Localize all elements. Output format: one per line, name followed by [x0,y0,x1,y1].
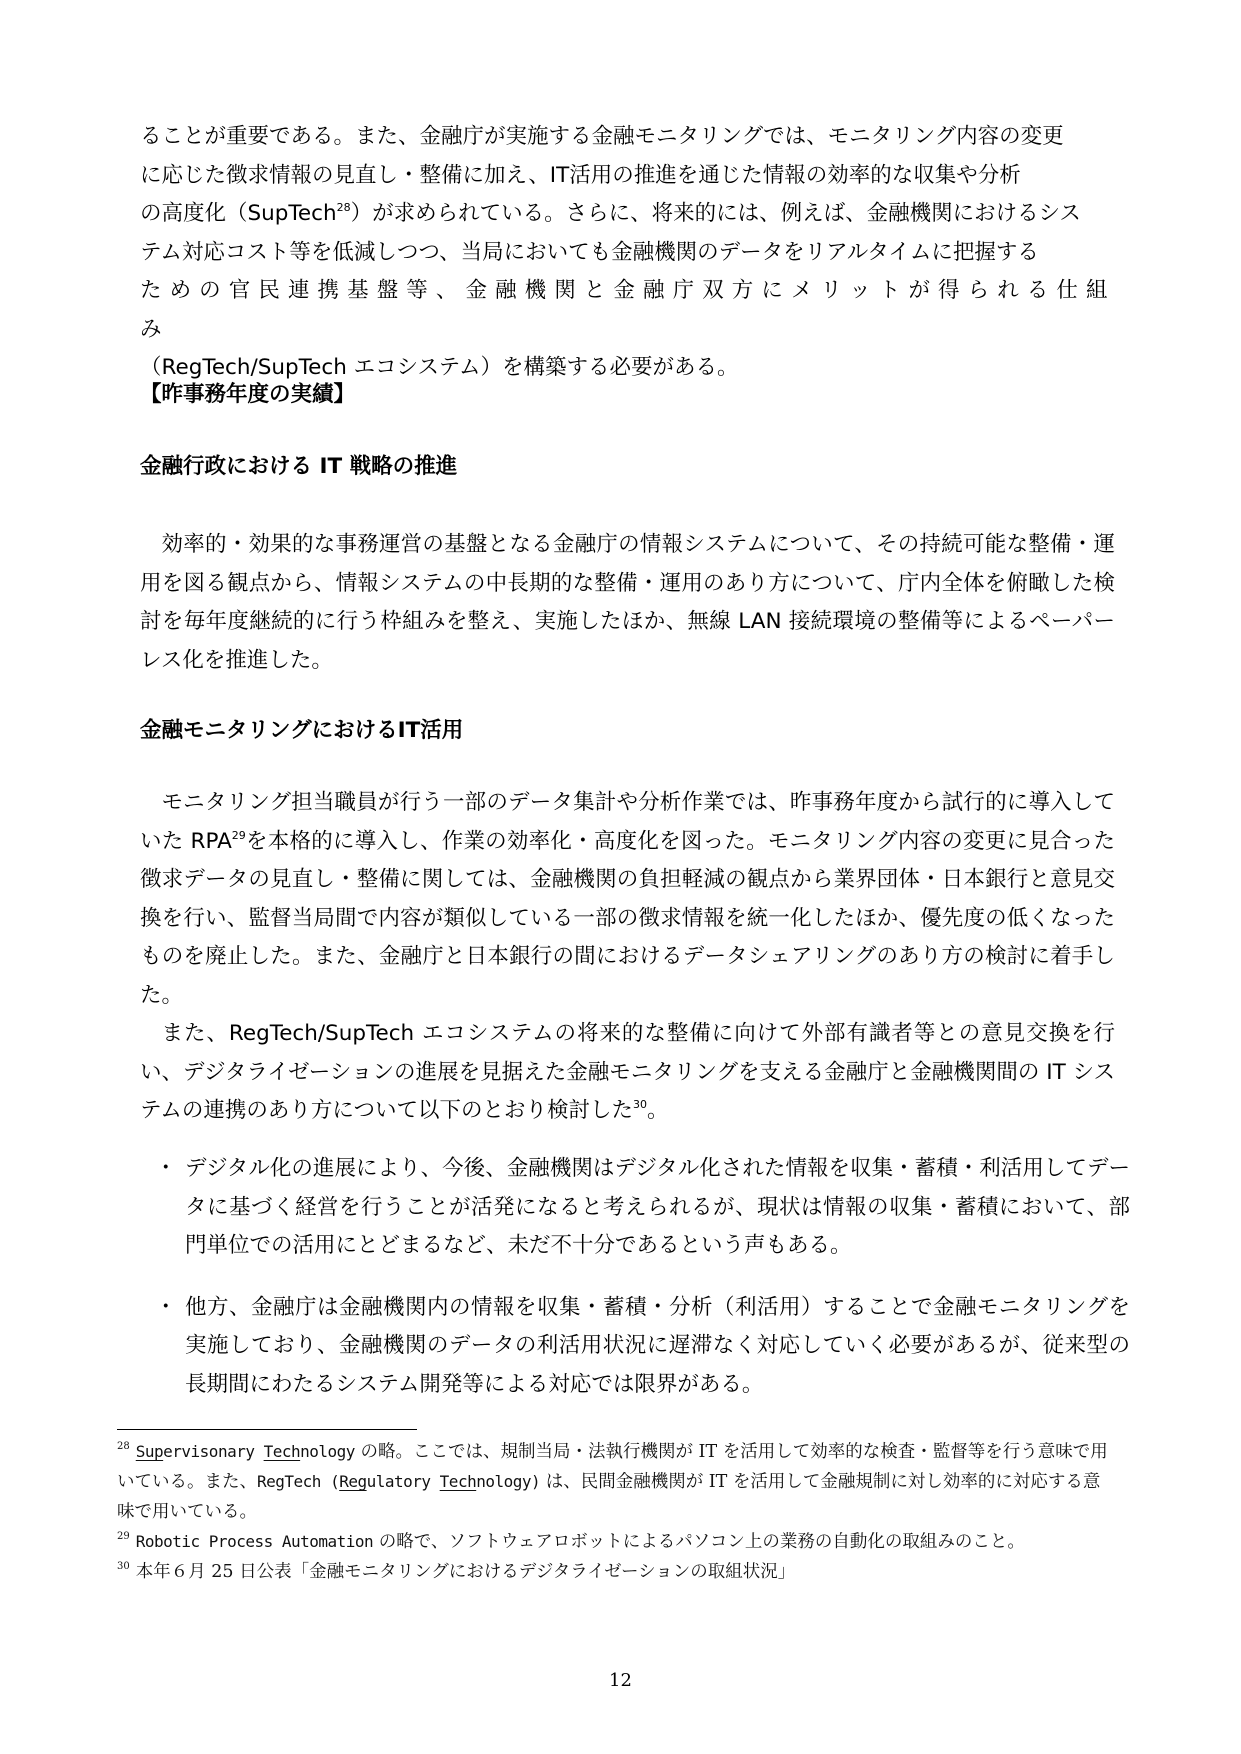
bullet-list: ・ デジタル化の進展により、今後、金融機関はデジタル化された情報を収集・蓄積・利… [140,1150,1130,1427]
document-page: ることが重要である。また、金融庁が実施する金融モニタリングでは、モニタリング内容… [0,0,1241,1754]
it-strategy-text: 効率的・効果的な事務運営の基盤となる金融庁の情報システムについて、その持続可能な… [140,526,1115,680]
footnote-number: 28 [117,1441,130,1452]
bullet-item: ・ 他方、金融庁は金融機関内の情報を収集・蓄積・分析（利活用）することで金融モニ… [140,1289,1130,1405]
it-monitoring-paragraph-2: また、RegTech/SupTech エコシステムの将来的な整備に向けて外部有識… [140,1015,1115,1131]
it-monitoring-paragraph-1: モニタリング担当職員が行う一部のデータ集計や分析作業では、昨事務年度から試行的に… [140,784,1115,1015]
bullet-text: 他方、金融庁は金融機関内の情報を収集・蓄積・分析（利活用）することで金融モニタリ… [185,1289,1130,1405]
intro-line-4: テム対応コスト等を低減しつつ、当局においても金融機関のデータをリアルタイムに把握… [140,234,1115,273]
intro-line-2: に応じた徴求情報の見直し・整備に加え、IT活用の推進を通じた情報の効率的な収集や… [140,157,1115,196]
page-number: 12 [0,1670,1241,1691]
footnote-number: 30 [117,1561,130,1572]
footnotes: 28Supervisonary Technology の略。ここでは、規制当局・… [117,1437,1117,1587]
footnote-29: 29Robotic Process Automation の略で、ソフトウェアロ… [117,1527,1117,1557]
footnote-number: 29 [117,1531,130,1542]
it-strategy-paragraph: 効率的・効果的な事務運営の基盤となる金融庁の情報システムについて、その持続可能な… [140,526,1115,680]
subsection-title-it-monitoring: 金融モニタリングにおけるIT活用 [140,716,463,746]
intro-paragraph: ることが重要である。また、金融庁が実施する金融モニタリングでは、モニタリング内容… [140,118,1115,388]
subsection-title-it-strategy: 金融行政における IT 戦略の推進 [140,452,457,482]
footnote-ref-30[interactable]: 30 [633,1098,647,1111]
footnote-ref-28[interactable]: 28 [337,201,351,214]
intro-line-3: の高度化（SupTech28）が求められている。さらに、将来的には、例えば、金融… [140,195,1115,234]
footnote-28: 28Supervisonary Technology の略。ここでは、規制当局・… [117,1437,1117,1527]
intro-line-5: ための官民連携基盤等、金融機関と金融庁双方にメリットが得られる仕組み [140,272,1115,349]
intro-line-1: ることが重要である。また、金融庁が実施する金融モニタリングでは、モニタリング内容… [140,118,1115,157]
footnote-separator [117,1429,417,1430]
bullet-text: デジタル化の進展により、今後、金融機関はデジタル化された情報を収集・蓄積・利活用… [185,1150,1130,1266]
footnote-ref-29[interactable]: 29 [232,829,246,842]
it-monitoring-paragraphs: モニタリング担当職員が行う一部のデータ集計や分析作業では、昨事務年度から試行的に… [140,784,1115,1131]
footnote-30: 30本年６月 25 日公表「金融モニタリングにおけるデジタライゼーションの取組状… [117,1557,1117,1587]
bullet-item: ・ デジタル化の進展により、今後、金融機関はデジタル化された情報を収集・蓄積・利… [140,1150,1130,1266]
bullet-icon: ・ [140,1289,185,1405]
section-heading: 【昨事務年度の実績】 [140,380,355,410]
bullet-icon: ・ [140,1150,185,1266]
